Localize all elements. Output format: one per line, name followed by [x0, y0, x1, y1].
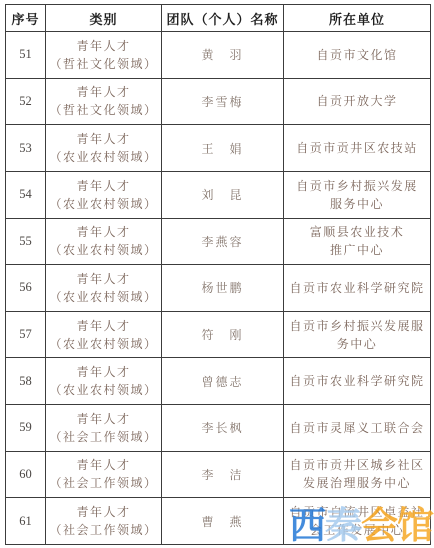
- category-cell: 青年人才（农业农村领域）: [46, 218, 162, 265]
- person-name-cell: 曾德志: [162, 358, 284, 405]
- person-name-cell: 李长枫: [162, 405, 284, 452]
- person-name: 李长枫: [201, 421, 243, 435]
- organization-line: 会工作发展中心: [286, 521, 428, 539]
- document-page: 序号 类别 团队（个人）名称 所在单位 51青年人才（哲社文化领域）黄 羽自贡市…: [0, 0, 434, 548]
- person-name: 杨世鹏: [201, 281, 243, 295]
- category-line: （农业农村领域）: [48, 335, 159, 353]
- category-line: （农业农村领域）: [48, 381, 159, 399]
- category-cell: 青年人才（农业农村领域）: [46, 125, 162, 172]
- serial-number-cell: 59: [6, 405, 46, 452]
- serial-number-cell: 51: [6, 32, 46, 79]
- person-name: 李雪梅: [201, 95, 243, 109]
- category-line: （社会工作领域）: [48, 474, 159, 492]
- organization-line: 自贡市文化馆: [286, 46, 428, 64]
- person-name: 王 娟: [201, 142, 243, 156]
- organization-line: 自贡市贡井区城乡社区: [286, 456, 428, 474]
- serial-number-cell: 52: [6, 78, 46, 125]
- organization-cell: 自贡市文化馆: [284, 32, 431, 79]
- header-row: 序号 类别 团队（个人）名称 所在单位: [6, 5, 431, 32]
- category-line: 青年人才: [48, 317, 159, 335]
- category-cell: 青年人才（哲社文化领域）: [46, 32, 162, 79]
- category-line: 青年人才: [48, 456, 159, 474]
- person-name-cell: 杨世鹏: [162, 265, 284, 312]
- category-cell: 青年人才（农业农村领域）: [46, 265, 162, 312]
- serial-number-cell: 60: [6, 451, 46, 498]
- organization-cell: 富顺县农业技术推广中心: [284, 218, 431, 265]
- organization-line: 务中心: [286, 335, 428, 353]
- organization-cell: 自贡市农业科学研究院: [284, 265, 431, 312]
- person-name-cell: 李雪梅: [162, 78, 284, 125]
- organization-line: 自贡开放大学: [286, 92, 428, 110]
- organization-line: 自贡市灵犀义工联合会: [286, 419, 428, 437]
- table-row: 57青年人才（农业农村领域）符 刚自贡市乡村振兴发展服务中心: [6, 311, 431, 358]
- person-name-cell: 李燕容: [162, 218, 284, 265]
- table-row: 53青年人才（农业农村领域）王 娟自贡市贡井区农技站: [6, 125, 431, 172]
- serial-number-cell: 53: [6, 125, 46, 172]
- category-line: （社会工作领域）: [48, 521, 159, 539]
- person-name: 刘 昆: [201, 188, 243, 202]
- organization-line: 自贡市乡村振兴发展服: [286, 317, 428, 335]
- category-cell: 青年人才（社会工作领域）: [46, 451, 162, 498]
- organization-line: 自贡市自流井区卓益社: [286, 503, 428, 521]
- person-name: 曹 燕: [201, 515, 243, 529]
- table-row: 59青年人才（社会工作领域）李长枫自贡市灵犀义工联合会: [6, 405, 431, 452]
- organization-line: 发展治理服务中心: [286, 474, 428, 492]
- organization-cell: 自贡市农业科学研究院: [284, 358, 431, 405]
- category-cell: 青年人才（农业农村领域）: [46, 171, 162, 218]
- organization-line: 自贡市贡井区农技站: [286, 139, 428, 157]
- table-row: 61青年人才（社会工作领域）曹 燕自贡市自流井区卓益社会工作发展中心: [6, 498, 431, 545]
- serial-number-cell: 58: [6, 358, 46, 405]
- person-name: 黄 羽: [201, 48, 243, 62]
- category-line: （农业农村领域）: [48, 288, 159, 306]
- person-name-cell: 王 娟: [162, 125, 284, 172]
- organization-line: 推广中心: [286, 241, 428, 259]
- table-row: 52青年人才（哲社文化领域）李雪梅自贡开放大学: [6, 78, 431, 125]
- person-name: 李燕容: [201, 235, 243, 249]
- organization-cell: 自贡市贡井区农技站: [284, 125, 431, 172]
- col-header-category: 类别: [46, 5, 162, 32]
- organization-cell: 自贡开放大学: [284, 78, 431, 125]
- organization-line: 富顺县农业技术: [286, 223, 428, 241]
- category-cell: 青年人才（哲社文化领域）: [46, 78, 162, 125]
- category-line: 青年人才: [48, 223, 159, 241]
- person-name-cell: 刘 昆: [162, 171, 284, 218]
- organization-cell: 自贡市灵犀义工联合会: [284, 405, 431, 452]
- category-line: 青年人才: [48, 130, 159, 148]
- organization-line: 自贡市农业科学研究院: [286, 279, 428, 297]
- category-line: （哲社文化领域）: [48, 55, 159, 73]
- col-header-no: 序号: [6, 5, 46, 32]
- serial-number-cell: 55: [6, 218, 46, 265]
- talent-table: 序号 类别 团队（个人）名称 所在单位 51青年人才（哲社文化领域）黄 羽自贡市…: [5, 4, 431, 545]
- serial-number-cell: 61: [6, 498, 46, 545]
- category-line: 青年人才: [48, 410, 159, 428]
- person-name: 李 洁: [201, 468, 243, 482]
- table-row: 60青年人才（社会工作领域）李 洁自贡市贡井区城乡社区发展治理服务中心: [6, 451, 431, 498]
- category-line: 青年人才: [48, 83, 159, 101]
- organization-line: 自贡市农业科学研究院: [286, 372, 428, 390]
- person-name-cell: 曹 燕: [162, 498, 284, 545]
- col-header-name: 团队（个人）名称: [162, 5, 284, 32]
- person-name-cell: 李 洁: [162, 451, 284, 498]
- category-line: 青年人才: [48, 177, 159, 195]
- category-line: 青年人才: [48, 37, 159, 55]
- organization-line: 服务中心: [286, 195, 428, 213]
- person-name: 符 刚: [201, 328, 243, 342]
- table-row: 56青年人才（农业农村领域）杨世鹏自贡市农业科学研究院: [6, 265, 431, 312]
- category-line: （农业农村领域）: [48, 148, 159, 166]
- category-cell: 青年人才（农业农村领域）: [46, 358, 162, 405]
- table-row: 58青年人才（农业农村领域）曾德志自贡市农业科学研究院: [6, 358, 431, 405]
- person-name: 曾德志: [201, 375, 243, 389]
- person-name-cell: 符 刚: [162, 311, 284, 358]
- organization-cell: 自贡市乡村振兴发展服务中心: [284, 171, 431, 218]
- category-cell: 青年人才（社会工作领域）: [46, 498, 162, 545]
- serial-number-cell: 57: [6, 311, 46, 358]
- category-line: （哲社文化领域）: [48, 101, 159, 119]
- serial-number-cell: 54: [6, 171, 46, 218]
- organization-cell: 自贡市自流井区卓益社会工作发展中心: [284, 498, 431, 545]
- category-line: 青年人才: [48, 363, 159, 381]
- category-cell: 青年人才（农业农村领域）: [46, 311, 162, 358]
- table-row: 54青年人才（农业农村领域）刘 昆自贡市乡村振兴发展服务中心: [6, 171, 431, 218]
- organization-cell: 自贡市乡村振兴发展服务中心: [284, 311, 431, 358]
- category-line: （农业农村领域）: [48, 241, 159, 259]
- category-line: 青年人才: [48, 270, 159, 288]
- table-body: 51青年人才（哲社文化领域）黄 羽自贡市文化馆52青年人才（哲社文化领域）李雪梅…: [6, 32, 431, 545]
- category-line: （社会工作领域）: [48, 428, 159, 446]
- category-line: 青年人才: [48, 503, 159, 521]
- serial-number-cell: 56: [6, 265, 46, 312]
- organization-cell: 自贡市贡井区城乡社区发展治理服务中心: [284, 451, 431, 498]
- category-cell: 青年人才（社会工作领域）: [46, 405, 162, 452]
- table-row: 51青年人才（哲社文化领域）黄 羽自贡市文化馆: [6, 32, 431, 79]
- organization-line: 自贡市乡村振兴发展: [286, 177, 428, 195]
- person-name-cell: 黄 羽: [162, 32, 284, 79]
- category-line: （农业农村领域）: [48, 195, 159, 213]
- col-header-org: 所在单位: [284, 5, 431, 32]
- table-row: 55青年人才（农业农村领域）李燕容富顺县农业技术推广中心: [6, 218, 431, 265]
